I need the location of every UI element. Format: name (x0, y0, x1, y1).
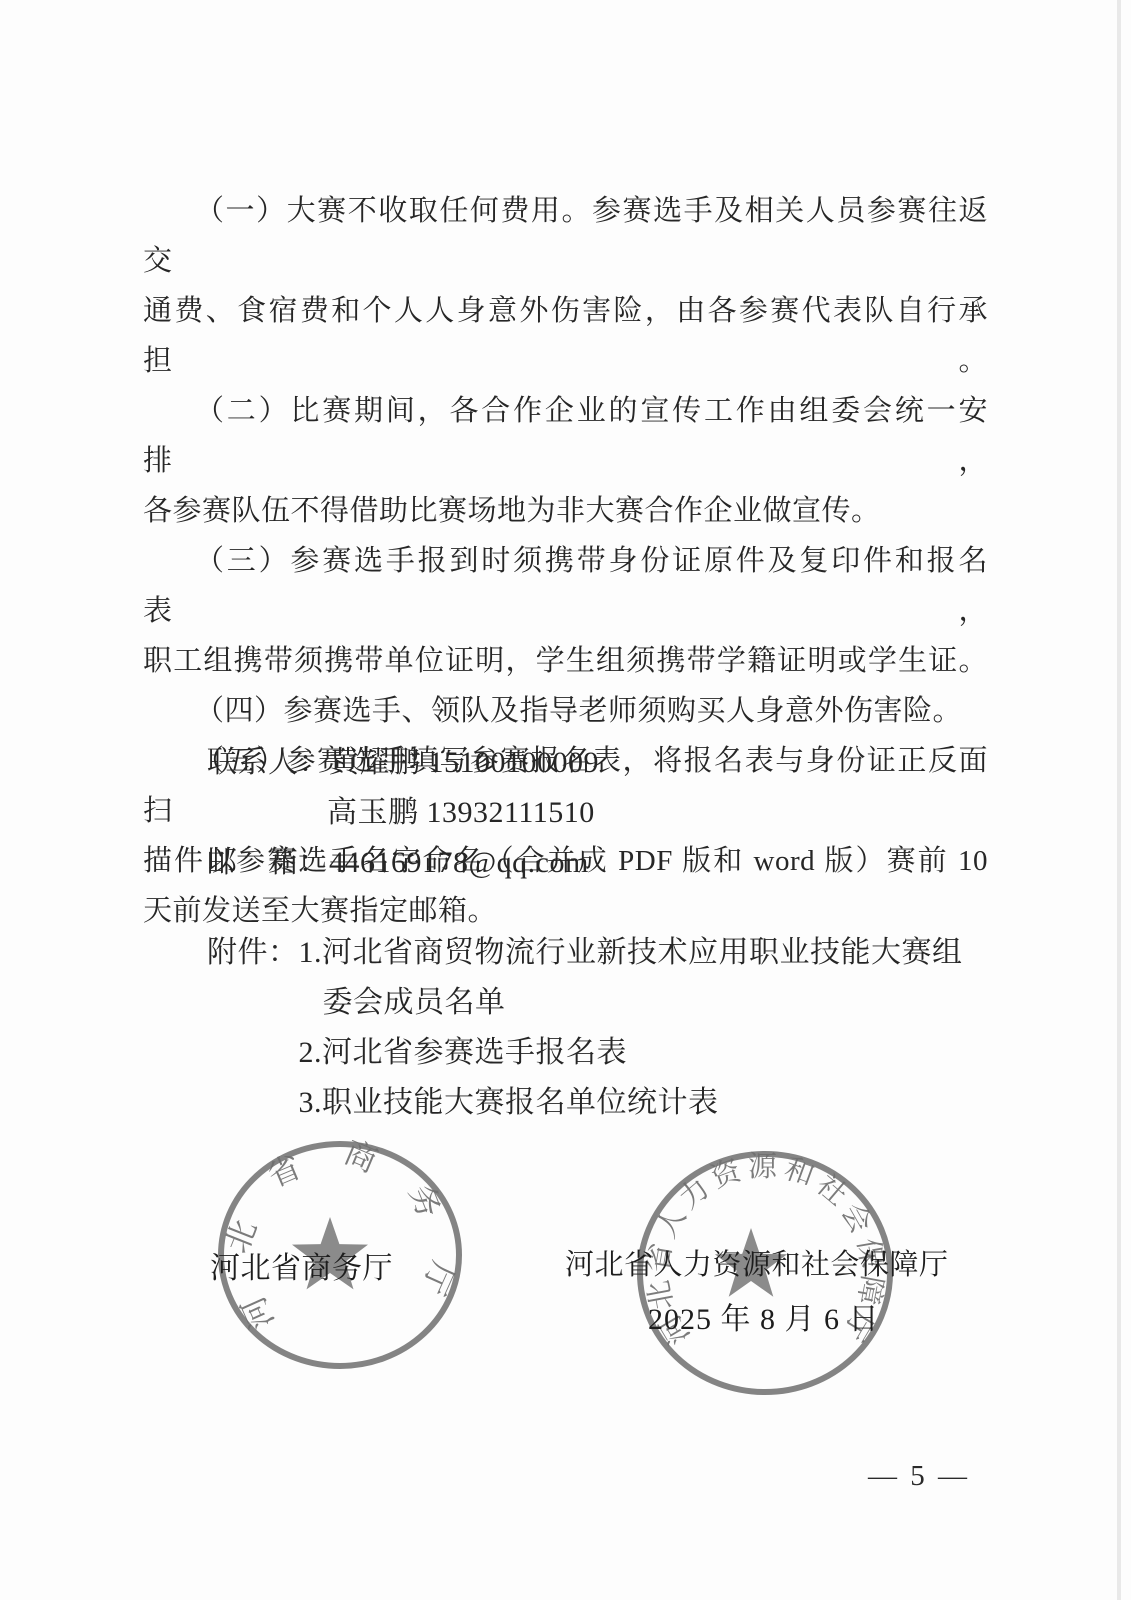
contact-label: 联系人： (207, 746, 329, 779)
page-number: — 5 — (868, 1460, 970, 1493)
body-line: 各参赛队伍不得借助比赛场地为非大赛合作企业做宣传。 (143, 486, 988, 536)
body-line: （四）参赛选手、领队及指导老师须购买人身意外伤害险。 (143, 686, 988, 736)
document-page: （一）大赛不收取任何费用。参赛选手及相关人员参赛往返交 通费、食宿费和个人人身意… (0, 0, 1131, 1600)
signature-date: 2025 年 8 月 6 日 (648, 1294, 880, 1338)
body-line: 通费、食宿费和个人人身意外伤害险，由各参赛代表队自行承担。 (143, 286, 988, 386)
contact-person-2: 高玉鹏 13932111510 (327, 796, 595, 829)
body-line: （三）参赛选手报到时须携带身份证原件及复印件和报名表， (143, 536, 988, 636)
contact-line: 高玉鹏 13932111510 (207, 788, 599, 838)
contact-person-1: 黄耀鹏 15100100009 (329, 746, 599, 779)
scan-edge-artifact (1117, 0, 1121, 1600)
seal-arc-text: 河北省商务厅 (218, 1140, 461, 1335)
attachment-item-text: 1.河北省商贸物流行业新技术应用职业技能大赛组 (323, 928, 999, 978)
signing-org-hr: 河北省人力资源和社会保障厅 (565, 1242, 949, 1283)
signing-org-commerce: 河北省商务厅 (210, 1243, 393, 1287)
attachment-item-text: 委会成员名单 (323, 978, 999, 1028)
body-line: （二）比赛期间，各合作企业的宣传工作由组委会统一安排， (143, 386, 988, 486)
contact-block: 联系人：黄耀鹏 15100100009 高玉鹏 13932111510 邮 箱：… (207, 738, 599, 888)
email-label: 邮 箱： (207, 846, 329, 879)
attachment-item: 2.河北省参赛选手报名表 (299, 1028, 999, 1078)
body-line: 职工组携带须携带单位证明，学生组须携带学籍证明或学生证。 (143, 636, 988, 686)
attachment-item: 3.职业技能大赛报名单位统计表 (299, 1078, 999, 1128)
contact-line: 邮 箱：446169178@qq.com (207, 838, 599, 888)
contact-line: 联系人：黄耀鹏 15100100009 (207, 738, 599, 788)
attachments-label: 附件： (207, 928, 299, 978)
body-line: （一）大赛不收取任何费用。参赛选手及相关人员参赛往返交 (143, 186, 988, 286)
attachments-list: 1.河北省商贸物流行业新技术应用职业技能大赛组 委会成员名单 2.河北省参赛选手… (299, 928, 999, 1128)
attachment-item-text: 3.职业技能大赛报名单位统计表 (323, 1078, 999, 1128)
attachments-block: 附件： 1.河北省商贸物流行业新技术应用职业技能大赛组 委会成员名单 2.河北省… (207, 928, 999, 1128)
email-value: 446169178@qq.com (329, 846, 589, 879)
attachment-item-text: 2.河北省参赛选手报名表 (323, 1028, 999, 1078)
attachment-item: 1.河北省商贸物流行业新技术应用职业技能大赛组 委会成员名单 (299, 928, 999, 1028)
